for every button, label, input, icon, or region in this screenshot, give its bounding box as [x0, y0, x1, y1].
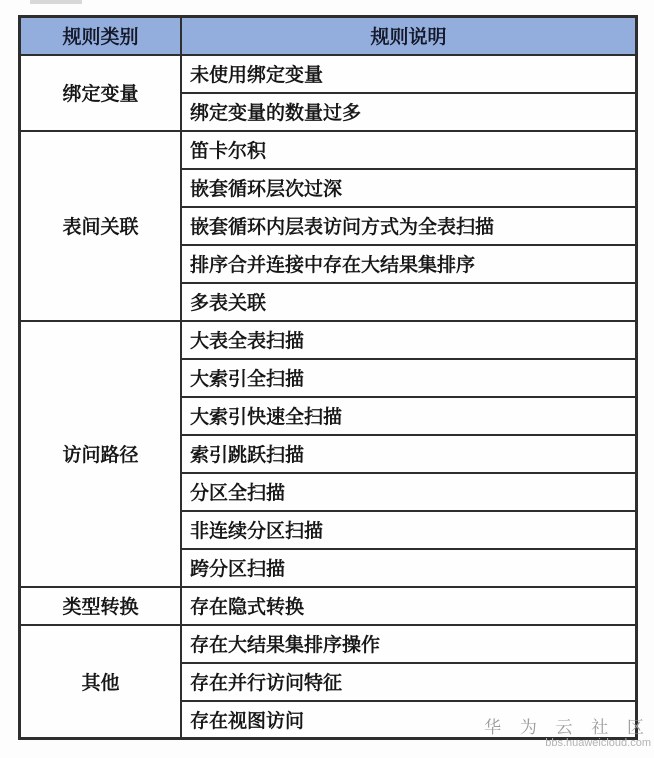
category-cell: 绑定变量	[20, 55, 182, 131]
rule-cell: 排序合并连接中存在大结果集排序	[181, 245, 637, 283]
rule-cell: 存在并行访问特征	[181, 663, 637, 701]
watermark: 华 为 云 社 区 bbs.huaweicloud.com	[484, 718, 651, 750]
rule-cell: 大索引全扫描	[181, 359, 637, 397]
page: 规则类别 规则说明 绑定变量未使用绑定变量绑定变量的数量过多表间关联笛卡尔积嵌套…	[0, 0, 654, 758]
table-row: 表间关联笛卡尔积	[20, 131, 637, 169]
category-cell: 其他	[20, 625, 182, 739]
table-row: 绑定变量未使用绑定变量	[20, 55, 637, 93]
rule-cell: 分区全扫描	[181, 473, 637, 511]
rule-cell: 索引跳跃扫描	[181, 435, 637, 473]
rule-cell: 未使用绑定变量	[181, 55, 637, 93]
rule-cell: 跨分区扫描	[181, 549, 637, 587]
rule-cell: 笛卡尔积	[181, 131, 637, 169]
header-cell-description: 规则说明	[181, 17, 637, 55]
table-row: 其他存在大结果集排序操作	[20, 625, 637, 663]
category-cell: 类型转换	[20, 587, 182, 625]
rule-cell: 存在隐式转换	[181, 587, 637, 625]
rule-cell-highlighted: 非连续分区扫描	[181, 511, 637, 549]
rules-table: 规则类别 规则说明 绑定变量未使用绑定变量绑定变量的数量过多表间关联笛卡尔积嵌套…	[18, 15, 638, 740]
category-cell: 表间关联	[20, 131, 182, 321]
category-cell: 访问路径	[20, 321, 182, 587]
rule-cell: 大索引快速全扫描	[181, 397, 637, 435]
scan-artifact	[30, 0, 82, 4]
rule-cell: 嵌套循环内层表访问方式为全表扫描	[181, 207, 637, 245]
rule-cell: 绑定变量的数量过多	[181, 93, 637, 131]
rule-cell: 大表全表扫描	[181, 321, 637, 359]
table-row: 类型转换存在隐式转换	[20, 587, 637, 625]
watermark-url: bbs.huaweicloud.com	[484, 737, 651, 750]
rule-cell: 嵌套循环层次过深	[181, 169, 637, 207]
watermark-community-name: 华 为 云 社 区	[484, 718, 651, 738]
rule-cell: 多表关联	[181, 283, 637, 321]
header-row: 规则类别 规则说明	[20, 17, 637, 55]
header-cell-category: 规则类别	[20, 17, 182, 55]
table-row: 访问路径大表全表扫描	[20, 321, 637, 359]
rule-cell: 存在大结果集排序操作	[181, 625, 637, 663]
